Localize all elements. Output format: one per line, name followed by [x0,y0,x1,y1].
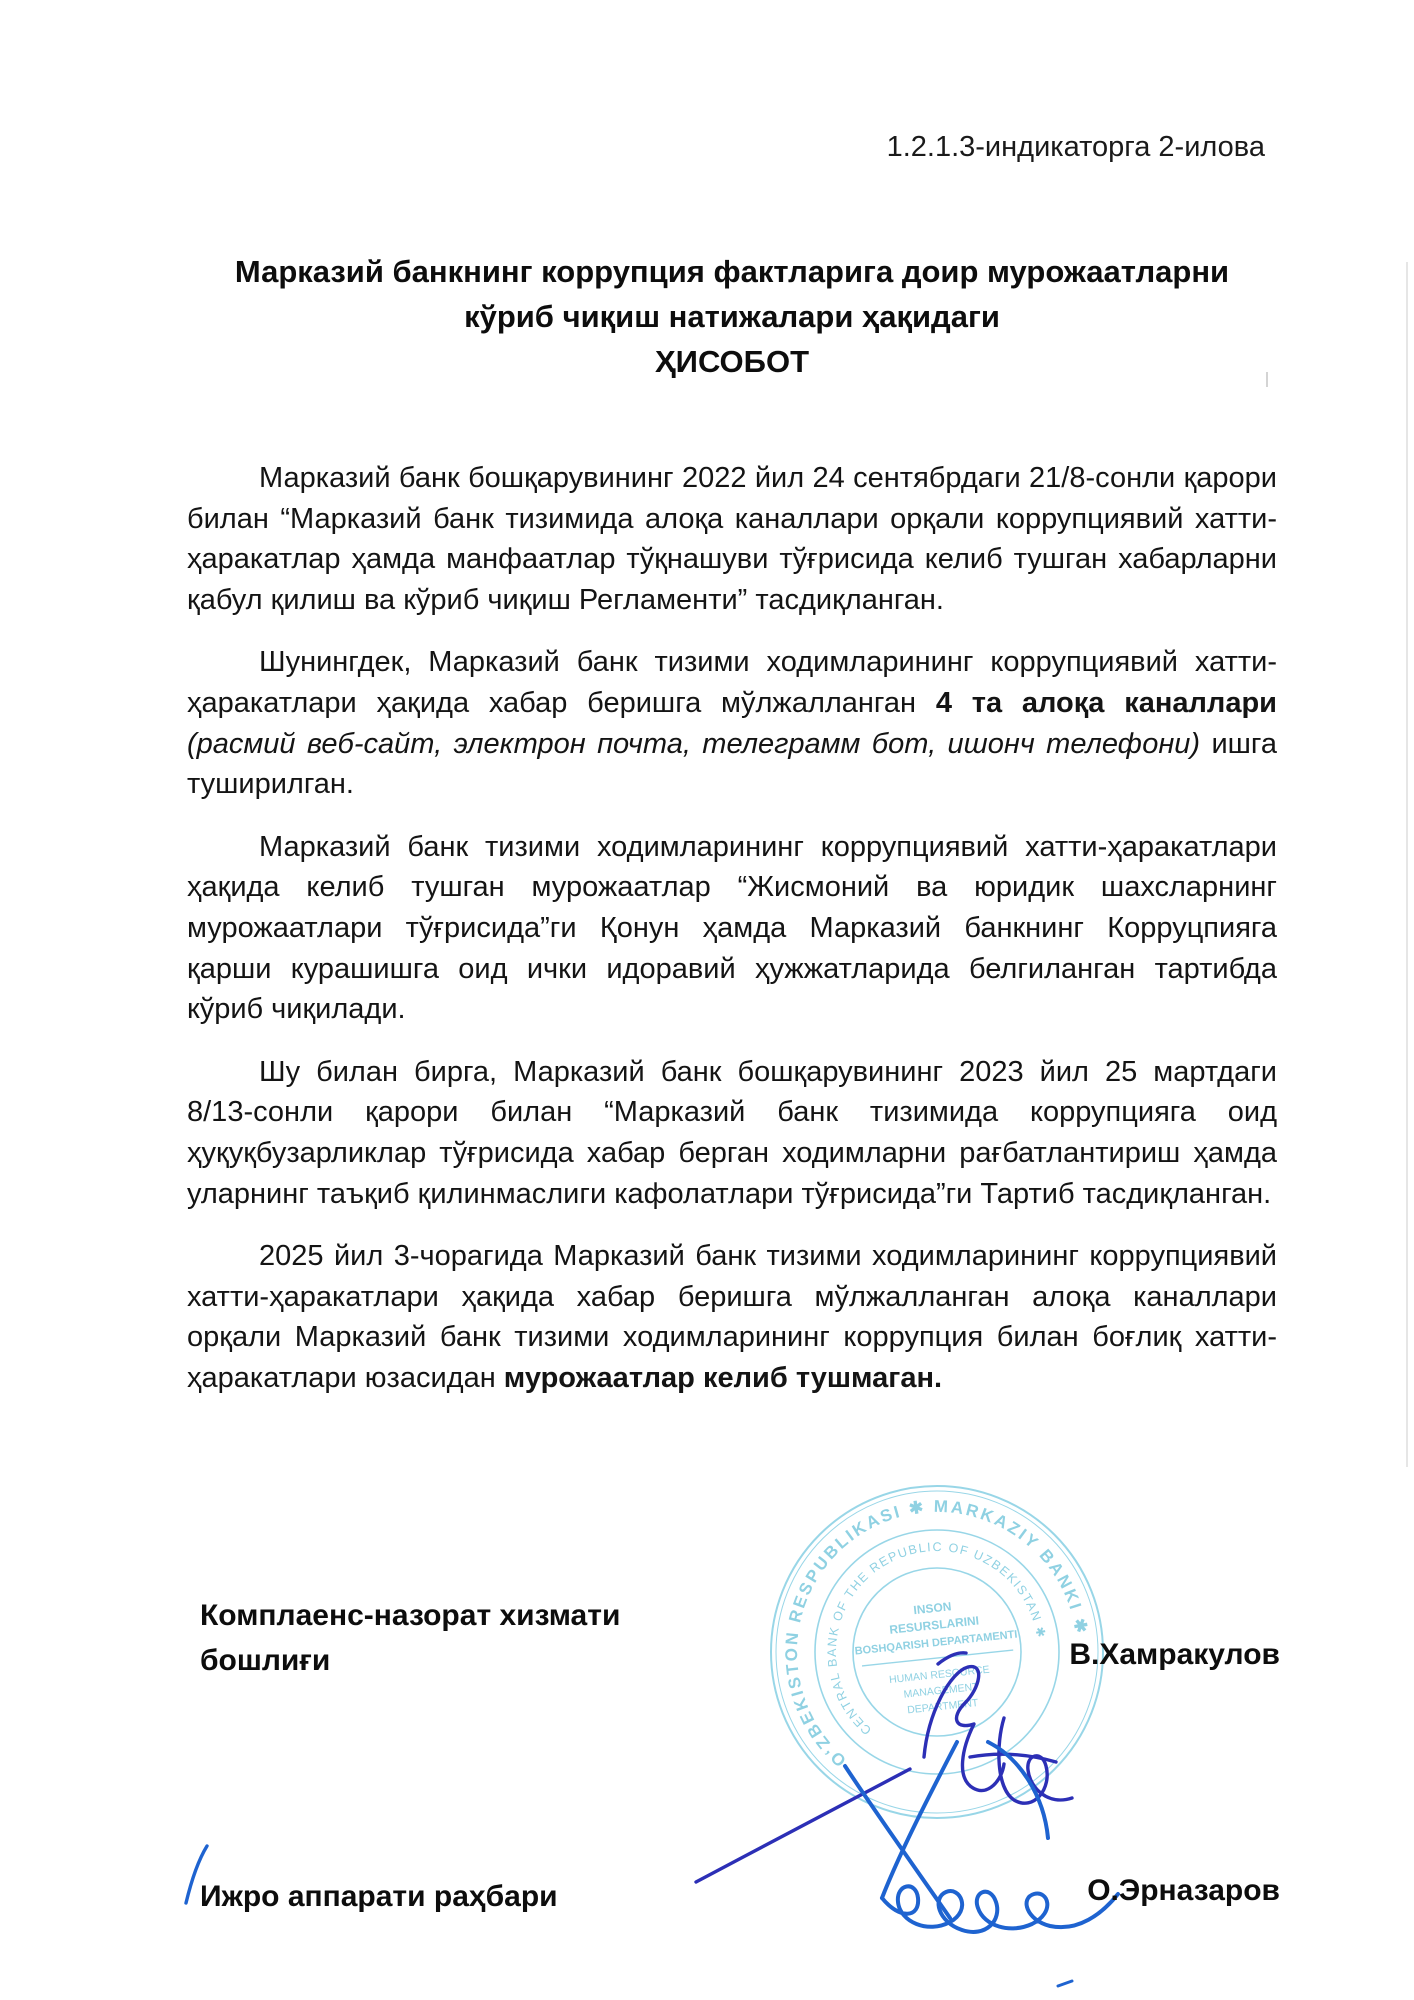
paragraph: Марказий банк бошқарувининг 2022 йил 24 … [187,458,1277,620]
annex-note: 1.2.1.3-индикаторга 2-илова [187,131,1265,164]
text-run: Шу билан бирга, Марказий банк бошқарувин… [187,1056,1277,1210]
stamp-outer-ring [771,1486,1103,1818]
stamp-center-line3: BOSHQARISH DEPARTAMENTI [854,1629,1018,1658]
paragraph: Шунингдек, Марказий банк тизими ходимлар… [187,642,1277,804]
paragraph: 2025 йил 3-чорагида Марказий банк тизими… [187,1236,1277,1398]
text-run: Марказий банк бошқарувининг 2022 йил 24 … [187,462,1277,616]
stamp-center-line1: INSON [913,1599,952,1617]
stamp-mid-ring [815,1530,1059,1774]
paragraph: Марказий банк тизими ходимларининг корру… [187,827,1277,1030]
signature1-title: Комплаенс-назорат хизмати бошлиғи [200,1593,620,1683]
text-run: Марказий банк тизими ходимларининг корру… [187,831,1277,1025]
text-run: (расмий веб-сайт, электрон почта, телегр… [187,728,1200,760]
signature2-title-line1: Ижро аппарати раҳбари [200,1874,558,1919]
text-run: мурожаатлар келиб тушмаган. [504,1362,942,1394]
signature1-name: В.Хамракулов [1069,1638,1280,1672]
signature1-title-line2: бошлиғи [200,1638,620,1683]
signature2-title: Ижро аппарати раҳбари [200,1874,558,1919]
scan-artifact-tick [1266,372,1268,387]
title-line-2: кўриб чиқиш натижалари ҳақидаги [187,295,1277,340]
document-body: Марказий банк бошқарувининг 2022 йил 24 … [187,458,1277,1420]
signature1-title-line1: Комплаенс-назорат хизмати [200,1593,620,1638]
stamp-outer-ring-inner-edge [776,1491,1098,1813]
paragraph: Шу билан бирга, Марказий банк бошқарувин… [187,1052,1277,1214]
scan-artifact-line [1406,262,1408,1467]
stamp-center-line6: DEPARTMENT [907,1697,980,1716]
document-title: Марказий банкнинг коррупция фактларига д… [187,250,1277,385]
title-line-1: Марказий банкнинг коррупция фактларига д… [187,250,1277,295]
stamp-outer-text: O‘ZBEKISTON RESPUBLIKASI ✱ MARKAZIY BANK… [747,1462,1118,1839]
document-page: 1.2.1.3-индикаторга 2-илова Марказий бан… [0,0,1414,2000]
signature2-name: О.Эрназаров [1087,1874,1280,1908]
svg-text:O‘ZBEKISTON RESPUBLIKASI ✱ MAR: O‘ZBEKISTON RESPUBLIKASI ✱ MARKAZIY BANK… [747,1462,1118,1839]
text-run: 4 та алоқа каналлари [936,687,1277,719]
title-line-3: ҲИСОБОТ [187,340,1277,385]
